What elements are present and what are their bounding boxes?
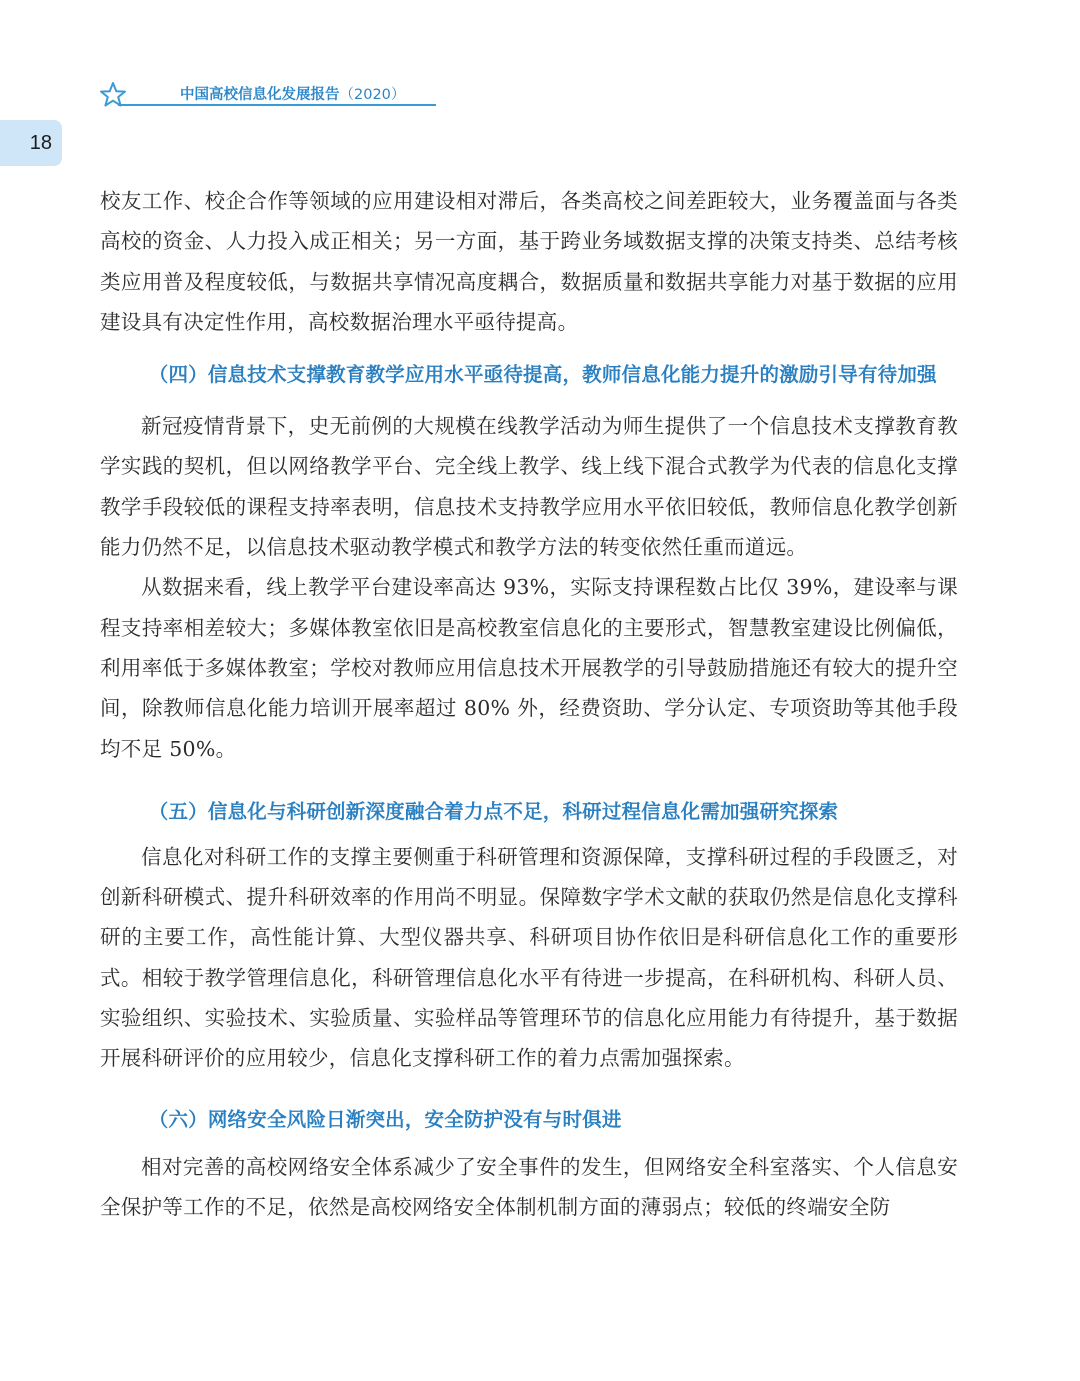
report-title: 中国高校信息化发展报告（2020）: [180, 83, 405, 104]
page-number-tab: 18: [0, 120, 62, 166]
report-year: （2020）: [340, 87, 406, 103]
report-title-text: 中国高校信息化发展报告: [180, 87, 340, 103]
paragraph: 从数据来看，线上教学平台建设率高达 93%，实际支持课程数占比仅 39%，建设率…: [100, 567, 958, 768]
page-number: 18: [30, 132, 52, 155]
section-heading-4: （四）信息技术支撑教育教学应用水平亟待提高，教师信息化能力提升的激励引导有待加强: [100, 354, 958, 396]
header-rule: [118, 104, 436, 106]
paragraph: 新冠疫情背景下，史无前例的大规模在线教学活动为师生提供了一个信息技术支撑教育教学…: [100, 406, 958, 567]
paragraph: 信息化对科研工作的支撑主要侧重于科研管理和资源保障，支撑科研过程的手段匮乏，对创…: [100, 837, 958, 1079]
paragraph: 相对完善的高校网络安全体系减少了安全事件的发生，但网络安全科室落实、个人信息安全…: [100, 1147, 958, 1228]
paragraph: 校友工作、校企合作等领域的应用建设相对滞后，各类高校之间差距较大，业务覆盖面与各…: [100, 181, 958, 342]
section-heading-5: （五）信息化与科研创新深度融合着力点不足，科研过程信息化需加强研究探索: [100, 791, 958, 833]
running-header: 中国高校信息化发展报告（2020）: [98, 78, 458, 112]
page-body: 校友工作、校企合作等领域的应用建设相对滞后，各类高校之间差距较大，业务覆盖面与各…: [100, 181, 958, 1227]
section-heading-6: （六）网络安全风险日渐突出，安全防护没有与时俱进: [100, 1099, 958, 1141]
